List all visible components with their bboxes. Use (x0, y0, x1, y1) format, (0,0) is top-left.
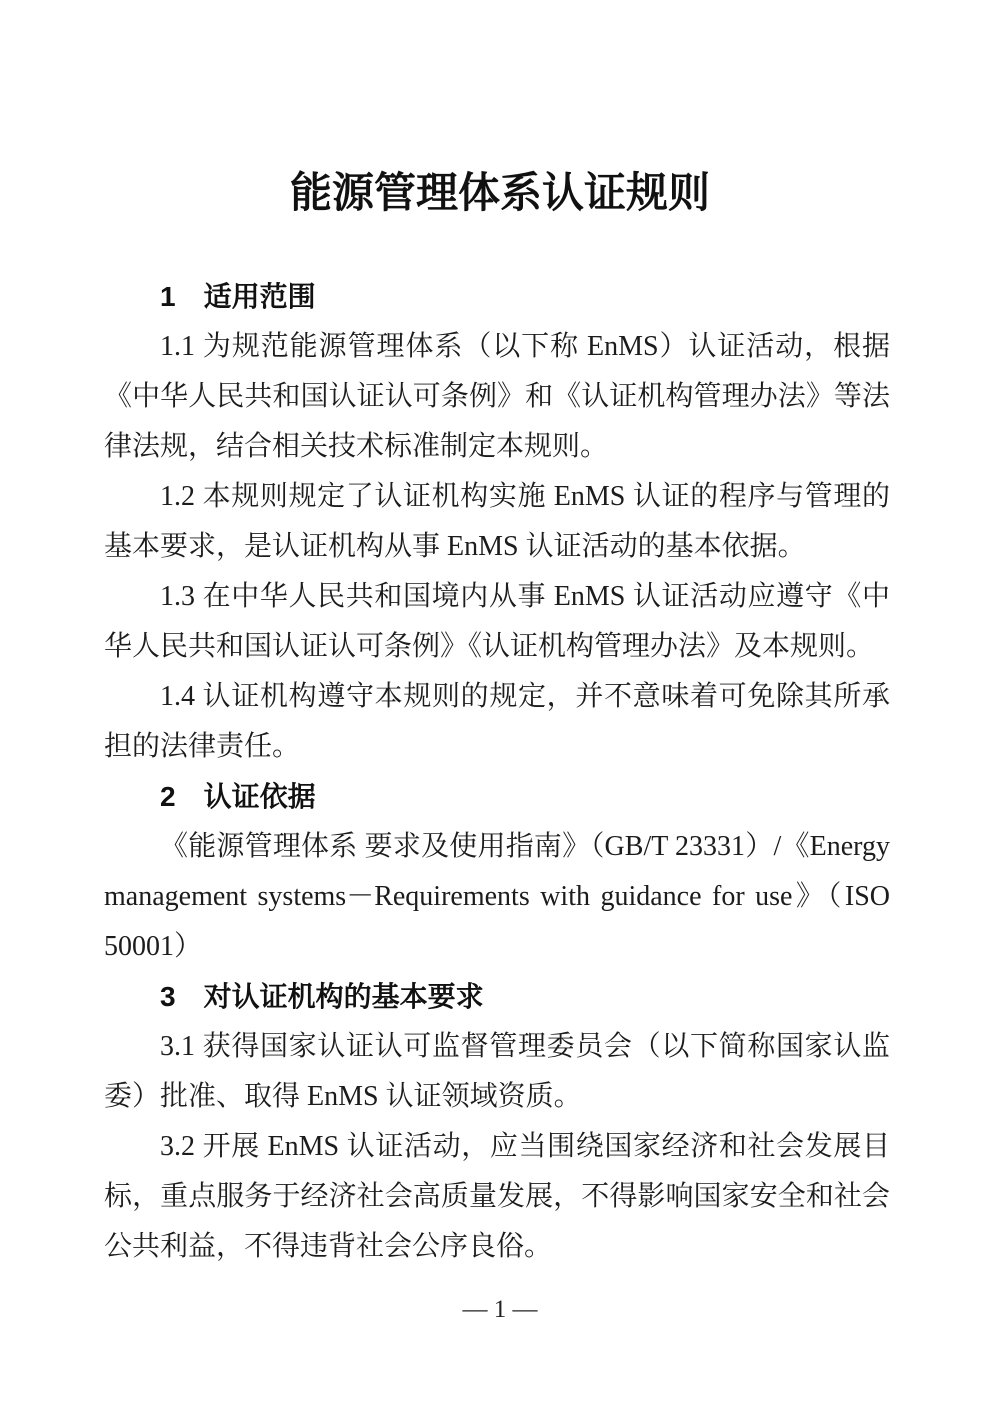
section-heading-scope: 1 适用范围 (104, 272, 890, 322)
paragraph-standard-reference: 《能源管理体系 要求及使用指南》（GB/T 23331）/《Energy man… (104, 822, 890, 972)
document-title: 能源管理体系认证规则 (0, 166, 1000, 222)
section-heading-certification-basis: 2 认证依据 (104, 772, 890, 822)
paragraph-3-1: 3.1 获得国家认证认可监督管理委员会（以下简称国家认监委）批准、取得 EnMS… (104, 1022, 890, 1122)
paragraph-1-2: 1.2 本规则规定了认证机构实施 EnMS 认证的程序与管理的基本要求，是认证机… (104, 472, 890, 572)
paragraph-1-3: 1.3 在中华人民共和国境内从事 EnMS 认证活动应遵守《中华人民共和国认证认… (104, 572, 890, 672)
document-body: 1 适用范围 1.1 为规范能源管理体系（以下称 EnMS）认证活动，根据《中华… (104, 272, 890, 1272)
paragraph-1-1: 1.1 为规范能源管理体系（以下称 EnMS）认证活动，根据《中华人民共和国认证… (104, 322, 890, 472)
paragraph-1-4: 1.4 认证机构遵守本规则的规定，并不意味着可免除其所承担的法律责任。 (104, 672, 890, 772)
page-number: — 1 — (0, 1292, 1000, 1328)
paragraph-3-2: 3.2 开展 EnMS 认证活动，应当围绕国家经济和社会发展目标，重点服务于经济… (104, 1122, 890, 1272)
section-heading-basic-requirements: 3 对认证机构的基本要求 (104, 972, 890, 1022)
document-page: 能源管理体系认证规则 1 适用范围 1.1 为规范能源管理体系（以下称 EnMS… (0, 0, 1000, 1414)
